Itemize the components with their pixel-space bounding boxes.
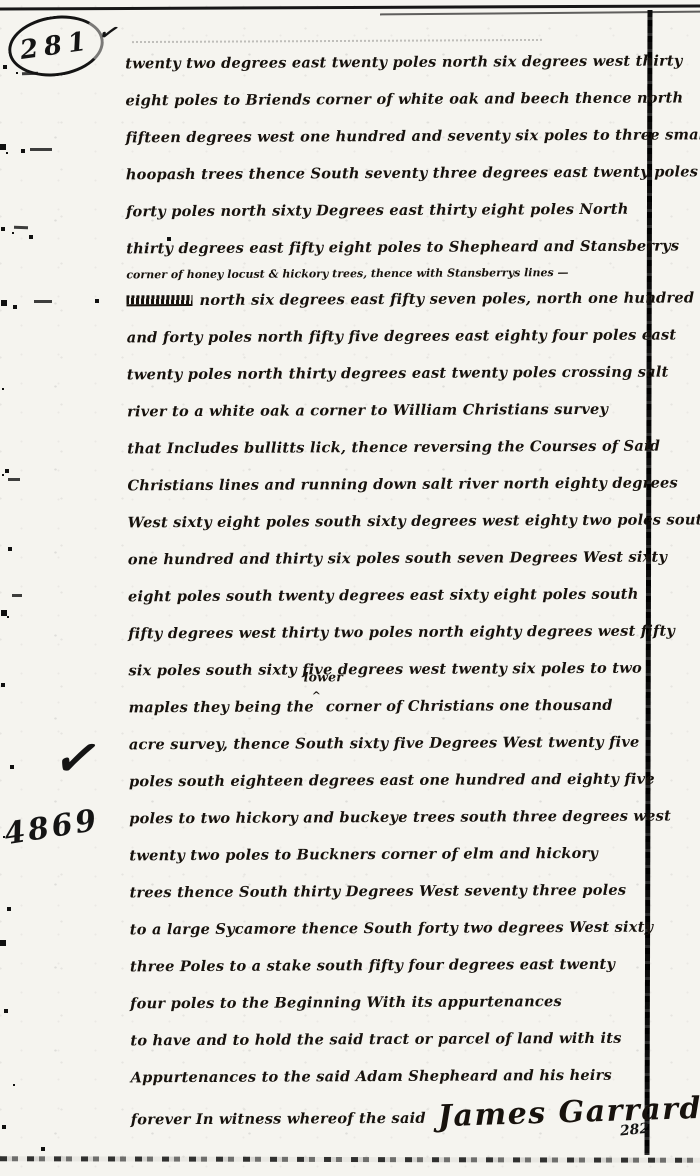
checkmark-icon: ✓ xyxy=(49,726,107,790)
struck-out-word xyxy=(126,295,192,306)
deed-line: twenty two degrees east twenty poles nor… xyxy=(125,43,645,83)
deed-line: eight poles to Briends corner of white o… xyxy=(125,80,645,120)
deed-line: West sixty eight poles south sixty degre… xyxy=(128,502,648,542)
deed-line: Christians lines and running down salt r… xyxy=(127,465,647,505)
deed-line: to a large Sycamore thence South forty t… xyxy=(130,909,650,949)
margin-dash-mark xyxy=(30,148,52,151)
margin-dash-mark xyxy=(12,594,22,597)
margin-dash-mark xyxy=(14,226,28,229)
deed-line: thirty degrees east fifty eight poles to… xyxy=(126,228,646,268)
checkmark-icon: ✓ xyxy=(95,19,123,47)
deed-line: Appurtenances to the said Adam Shepheard… xyxy=(130,1057,650,1097)
deed-line-text: corner of Christians one thousand xyxy=(326,697,613,716)
deed-line: trees thence South thirty Degrees West s… xyxy=(129,872,649,912)
deed-line: eight poles south twenty degrees east si… xyxy=(128,576,648,616)
deed-line: and forty poles north fifty five degrees… xyxy=(127,317,647,357)
scanned-deed-page: 281 ✓ ✓ 4869 282 twenty two degrees east… xyxy=(0,0,700,1176)
deed-line: twenty poles north thirty degrees east t… xyxy=(127,354,647,394)
deed-line-text: north six degrees east fifty seven poles… xyxy=(199,289,694,309)
deed-line: north six degrees east fifty seven poles… xyxy=(126,280,646,320)
deed-line: fifty degrees west thirty two poles nort… xyxy=(128,613,648,653)
page-number: 281 xyxy=(4,10,107,83)
top-border-line xyxy=(0,4,700,10)
deed-text-block: twenty two degrees east twenty poles nor… xyxy=(125,43,651,1139)
deed-line: forty poles north sixty Degrees east thi… xyxy=(126,191,646,231)
deed-line: three Poles to a stake south fifty four … xyxy=(130,946,650,986)
closing-line: forever In witness whereof the saidJames… xyxy=(131,1094,651,1139)
deed-line: six poles south sixty five degrees west … xyxy=(128,650,648,690)
deed-line: poles to two hickory and buckeye trees s… xyxy=(129,798,649,838)
margin-dash-mark xyxy=(8,478,20,481)
deed-line: poles south eighteen degrees east one hu… xyxy=(129,761,649,801)
scan-noise-speckles xyxy=(0,0,2,2)
caret-mark: ^ xyxy=(312,691,321,701)
deed-line: river to a white oak a corner to William… xyxy=(127,391,647,431)
margin-dash-mark xyxy=(34,300,52,303)
deed-line: one hundred and thirty six poles south s… xyxy=(128,539,648,579)
deed-line-with-insertion: maples they being thelower^corner of Chr… xyxy=(129,687,649,727)
deed-line: acre survey, thence South sixty five Deg… xyxy=(129,724,649,764)
deed-line: four poles to the Beginning With its app… xyxy=(130,983,650,1023)
signature: James Garrard xyxy=(437,1090,700,1135)
deed-line: to have and to hold the said tract or pa… xyxy=(130,1020,650,1060)
dotted-trail-mark xyxy=(132,39,542,43)
deed-line: hoopash trees thence South seventy three… xyxy=(126,154,646,194)
deed-line: fifteen degrees west one hundred and sev… xyxy=(126,117,646,157)
margin-number: 4869 xyxy=(2,803,102,853)
deed-line: twenty two poles to Buckners corner of e… xyxy=(129,835,649,875)
bottom-scan-edge xyxy=(0,1156,700,1162)
inserted-word: lower xyxy=(304,671,343,683)
deed-line-text: maples they being the xyxy=(129,698,314,716)
deed-line: that Includes bullitts lick, thence reve… xyxy=(127,428,647,468)
closing-text: forever In witness whereof the said xyxy=(131,1110,426,1129)
